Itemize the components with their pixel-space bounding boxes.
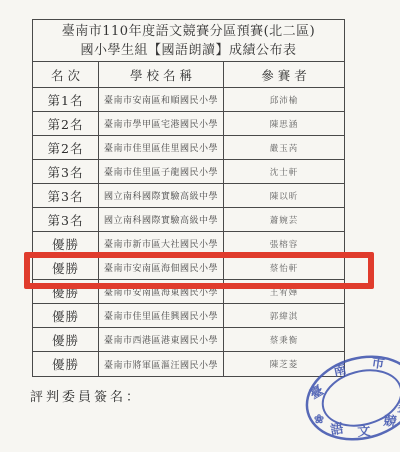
school-cell: 臺南市安南區海佃國民小學 [99,256,224,279]
table-row: 第3名 國立南科國際實驗高級中學 蕭婉芸 [33,208,344,232]
participant-cell: 郭緯淇 [224,304,344,327]
rank-cell: 優勝 [33,256,99,279]
table-row: 第2名 臺南市學甲區宅港國民小學 陳思涵 [33,112,344,136]
header-participant: 參賽者 [224,62,344,87]
school-cell: 臺南市佳里區子龍國民小學 [99,160,224,183]
table-row: 優勝 臺南市將軍區漚汪國民小學 陳芝菱 [33,352,344,376]
table-row: 優勝 臺南市西港區港東國民小學 蔡秉衡 [33,328,344,352]
rank-cell: 優勝 [33,280,99,303]
header-rank: 名次 [33,62,99,87]
flower-icon [315,415,323,423]
school-cell: 臺南市將軍區漚汪國民小學 [99,352,224,376]
title-line-2: 國小學生組【國語朗讀】成績公布表 [80,41,296,60]
participant-cell: 陳芝菱 [224,352,344,376]
rank-cell: 第3名 [33,184,99,207]
school-cell: 臺南市佳里區佳興國民小學 [99,304,224,327]
table-row: 第3名 國立南科國際實驗高級中學 陳以昕 [33,184,344,208]
school-cell: 國立南科國際實驗高級中學 [99,208,224,231]
table-row: 優勝 臺南市新市區大社國民小學 張榕容 [33,232,344,256]
rank-cell: 優勝 [33,304,99,327]
school-cell: 臺南市佳里區佳里國民小學 [99,136,224,159]
participant-cell: 陳以昕 [224,184,344,207]
table-row: 第2名 臺南市佳里區佳里國民小學 嚴玉芮 [33,136,344,160]
rank-cell: 第2名 [33,136,99,159]
title-line-1: 臺南市110年度語文競賽分區預賽(北二區) [62,22,315,41]
participant-cell: 沈士軒 [224,160,344,183]
stamp-char: 競 [383,413,398,431]
table-body: 第1名 臺南市安南區和順國民小學 邱沛榆 第2名 臺南市學甲區宅港國民小學 陳思… [33,88,344,376]
table-row: 優勝 臺南市安南區海東國民小學 王宥嬅 [33,280,344,304]
participant-cell: 邱沛榆 [224,88,344,111]
participant-cell: 陳思涵 [224,112,344,135]
rank-cell: 第3名 [33,208,99,231]
stamp-char: 賽 [396,399,400,418]
rank-cell: 優勝 [33,232,99,255]
stamp-char: 文 [357,423,371,440]
participant-cell: 蕭婉芸 [224,208,344,231]
rank-cell: 第3名 [33,160,99,183]
rank-cell: 優勝 [33,352,99,376]
participant-cell: 嚴玉芮 [224,136,344,159]
table-row: 第3名 臺南市佳里區子龍國民小學 沈士軒 [33,160,344,184]
table-row: 優勝 臺南市佳里區佳興國民小學 郭緯淇 [33,304,344,328]
school-cell: 臺南市學甲區宅港國民小學 [99,112,224,135]
stamp-char: 市 [371,355,386,373]
stamp-char: 語 [329,420,345,438]
results-table: 臺南市110年度語文競賽分區預賽(北二區) 國小學生組【國語朗讀】成績公布表 名… [32,19,345,377]
rank-cell: 優勝 [33,328,99,351]
school-cell: 臺南市安南區和順國民小學 [99,88,224,111]
stamp-char: 臺 [307,382,326,402]
table-header-row: 名次 學校名稱 參賽者 [33,62,344,88]
scanned-document: { "title": { "line1": "臺南市110年度語文競賽分區預賽(… [0,0,400,452]
participant-cell: 蔡秉衡 [224,328,344,351]
participant-cell: 王宥嬅 [224,280,344,303]
school-cell: 臺南市西港區港東國民小學 [99,328,224,351]
school-cell: 國立南科國際實驗高級中學 [99,184,224,207]
table-row: 第1名 臺南市安南區和順國民小學 邱沛榆 [33,88,344,112]
rank-cell: 第2名 [33,112,99,135]
document-title: 臺南市110年度語文競賽分區預賽(北二區) 國小學生組【國語朗讀】成績公布表 [33,20,344,62]
participant-cell: 張榕容 [224,232,344,255]
participant-cell: 蔡怡軒 [224,256,344,279]
judge-signature-label: 評判委員簽名： [30,386,142,405]
school-cell: 臺南市安南區海東國民小學 [99,280,224,303]
rank-cell: 第1名 [33,88,99,111]
school-cell: 臺南市新市區大社國民小學 [99,232,224,255]
header-school: 學校名稱 [99,62,224,87]
table-row: 優勝 臺南市安南區海佃國民小學 蔡怡軒 [33,256,344,280]
